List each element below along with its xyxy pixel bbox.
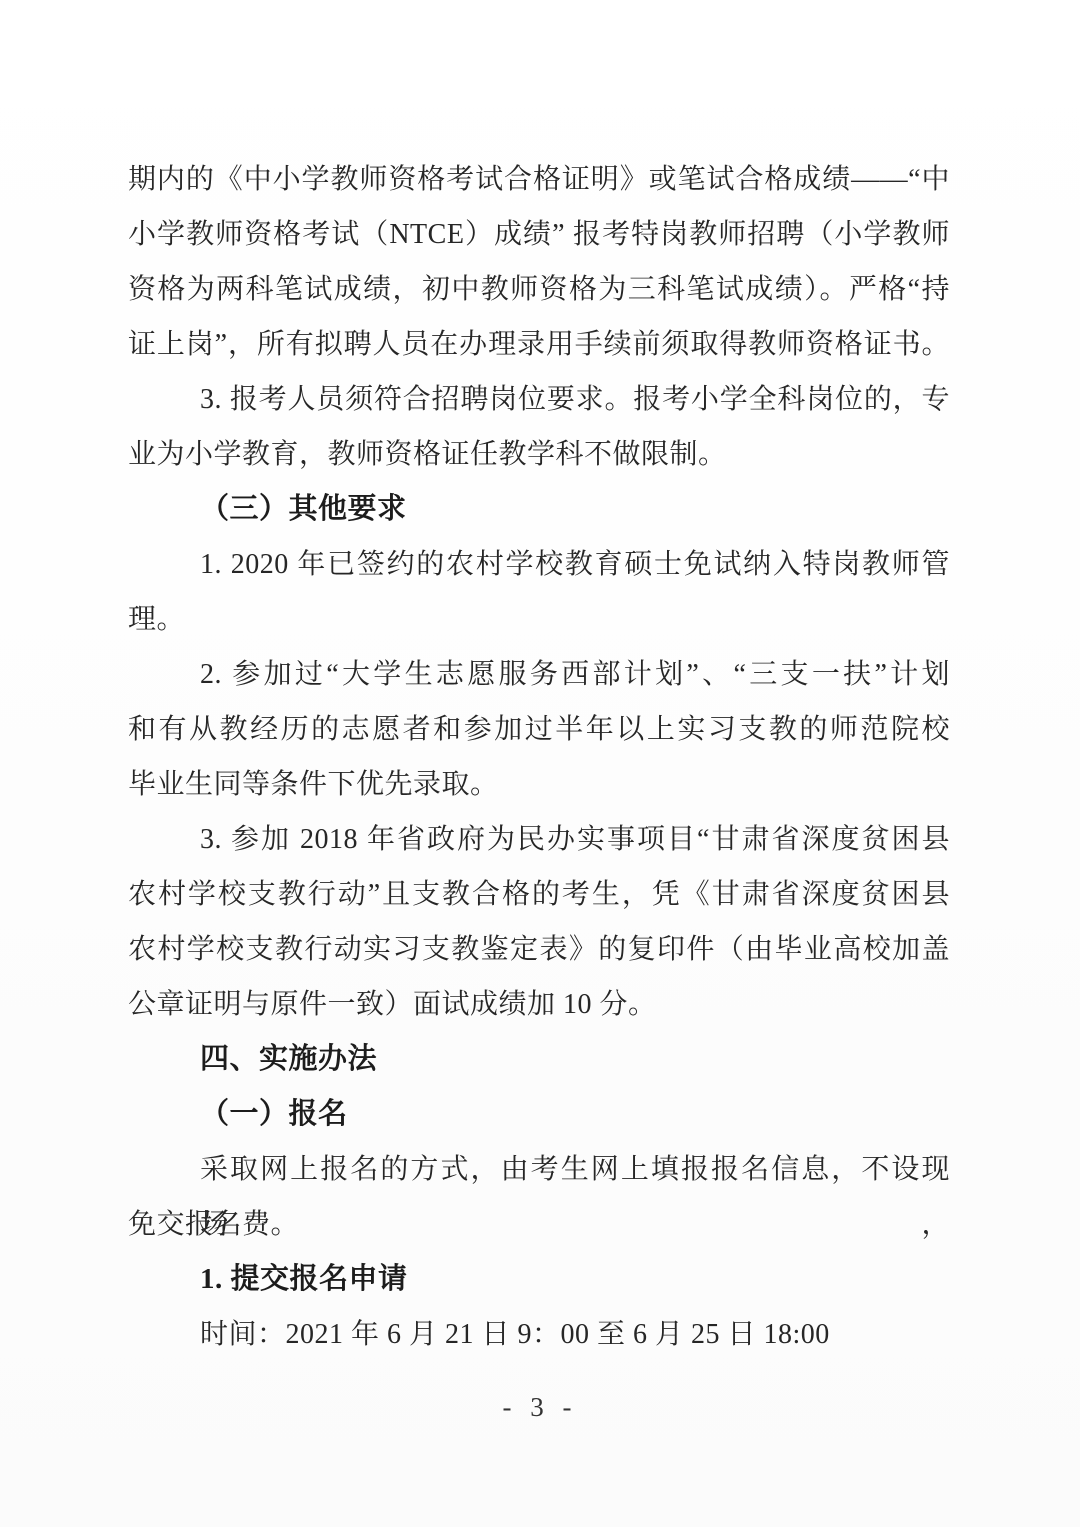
heading-line: 1. 提交报名申请 <box>128 1252 950 1307</box>
page-footer: - 3 - <box>0 1392 1080 1423</box>
heading-line: （三）其他要求 <box>128 482 950 537</box>
text-line: 期内的《中小学教师资格考试合格证明》或笔试合格成绩——“中 <box>128 152 950 207</box>
text-line: 农村学校支教行动”且支教合格的考生，凭《甘肃省深度贫困县 <box>128 867 950 922</box>
document-page: 期内的《中小学教师资格考试合格证明》或笔试合格成绩——“中小学教师资格考试（NT… <box>0 0 1080 1527</box>
text-line: 公章证明与原件一致）面试成绩加 10 分。 <box>128 977 950 1032</box>
text-line: 证上岗”，所有拟聘人员在办理录用手续前须取得教师资格证书。 <box>128 317 950 372</box>
text-line: 业为小学教育，教师资格证任教学科不做限制。 <box>128 427 950 482</box>
text-line: 毕业生同等条件下优先录取。 <box>128 757 950 812</box>
text-line: 资格为两科笔试成绩，初中教师资格为三科笔试成绩）。严格“持 <box>128 262 950 317</box>
text-line: 时间：2021 年 6 月 21 日 9：00 至 6 月 25 日 18:00 <box>128 1307 950 1362</box>
text-line: 3. 报考人员须符合招聘岗位要求。报考小学全科岗位的，专 <box>128 372 950 427</box>
heading-line: 四、实施办法 <box>128 1032 950 1087</box>
text-line: 3. 参加 2018 年省政府为民办实事项目“甘肃省深度贫困县 <box>128 812 950 867</box>
text-line: 采取网上报名的方式，由考生网上填报报名信息，不设现场， <box>128 1142 950 1197</box>
text-line: 1. 2020 年已签约的农村学校教育硕士免试纳入特岗教师管 <box>128 537 950 592</box>
heading-line: （一）报名 <box>128 1087 950 1142</box>
text-line: 农村学校支教行动实习支教鉴定表》的复印件（由毕业高校加盖 <box>128 922 950 977</box>
document-body: 期内的《中小学教师资格考试合格证明》或笔试合格成绩——“中小学教师资格考试（NT… <box>128 152 950 1362</box>
text-line: 小学教师资格考试（NTCE）成绩” 报考特岗教师招聘（小学教师 <box>128 207 950 262</box>
text-line: 2. 参加过“大学生志愿服务西部计划”、“三支一扶”计划 <box>128 647 950 702</box>
text-line: 和有从教经历的志愿者和参加过半年以上实习支教的师范院校 <box>128 702 950 757</box>
page-number: - 3 - <box>503 1392 578 1422</box>
text-line: 理。 <box>128 592 950 647</box>
